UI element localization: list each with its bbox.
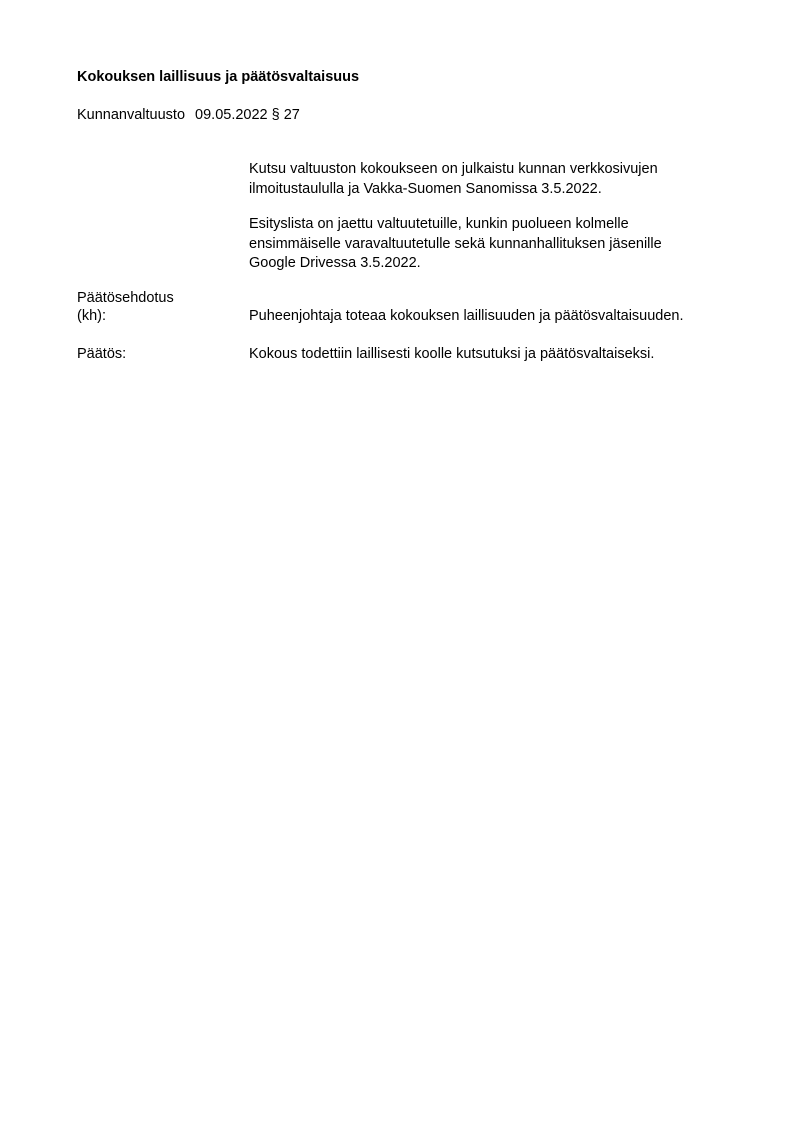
date-section: 09.05.2022 § 27: [195, 107, 300, 123]
paragraph-line: Esityslista on jaettu valtuutetuille, ku…: [249, 215, 662, 235]
proposal-text: Puheenjohtaja toteaa kokouksen laillisuu…: [249, 307, 684, 326]
decision-text: Kokous todettiin laillisesti koolle kuts…: [249, 345, 654, 364]
paragraph-line: Google Drivessa 3.5.2022.: [249, 254, 662, 274]
paragraph-invitation: Kutsu valtuuston kokoukseen on julkaistu…: [249, 160, 658, 199]
paragraph-line: ilmoitustaululla ja Vakka-Suomen Sanomis…: [249, 180, 658, 200]
paragraph-agenda: Esityslista on jaettu valtuutetuille, ku…: [249, 215, 662, 274]
body-name: Kunnanvaltuusto: [77, 107, 185, 123]
meeting-meta: Kunnanvaltuusto09.05.2022 § 27: [77, 106, 300, 125]
paragraph-line: ensimmäiselle varavaltuutetulle sekä kun…: [249, 235, 662, 255]
proposal-label-line2: (kh):: [77, 307, 106, 326]
section-title: Kokouksen laillisuus ja päätösvaltaisuus: [77, 68, 359, 87]
paragraph-line: Kutsu valtuuston kokoukseen on julkaistu…: [249, 160, 658, 180]
proposal-label-line1: Päätösehdotus: [77, 289, 174, 308]
decision-label: Päätös:: [77, 345, 126, 364]
